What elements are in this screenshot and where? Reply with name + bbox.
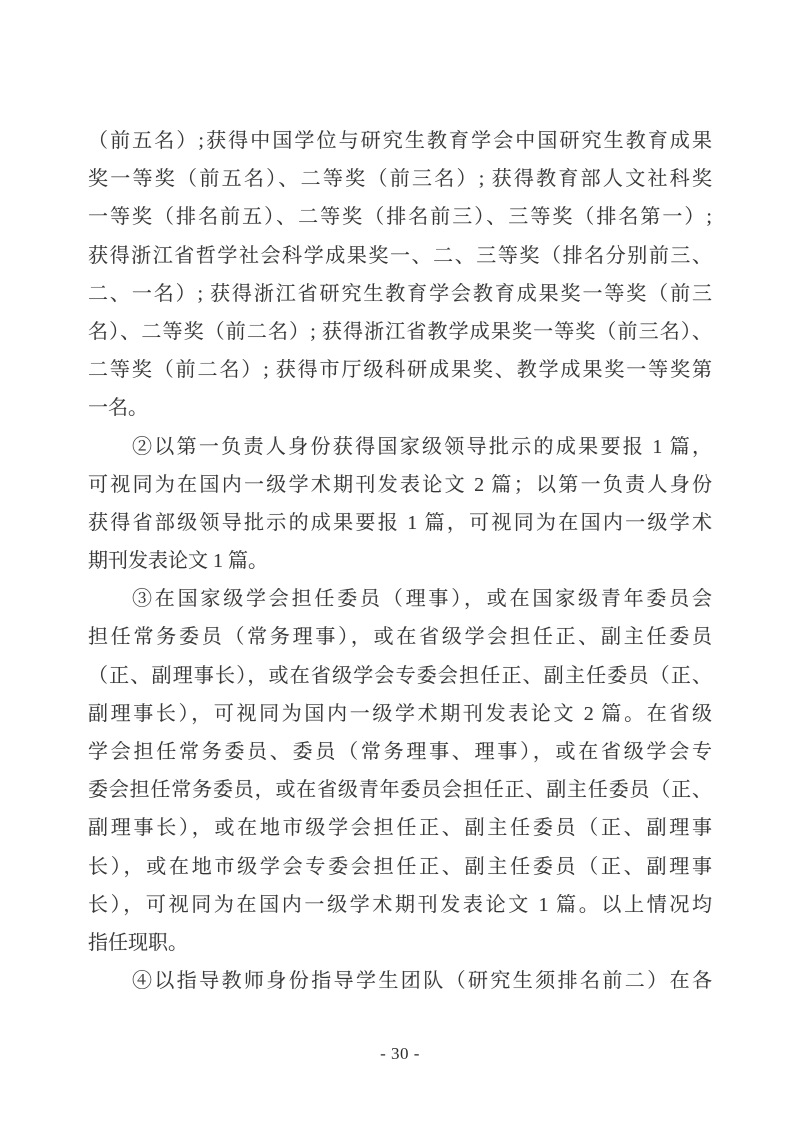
text-line: （正、副理事长），或在省级学会专委会担任正、副主任委员（正、 xyxy=(88,657,712,695)
text-line: 副理事长），可视同为国内一级学术期刊发表论文 2 篇。在省级 xyxy=(88,695,712,733)
text-line: 二、一名）; 获得浙江省研究生教育学会教育成果奖一等奖（前三 xyxy=(88,275,712,313)
text-line: 副理事长），或在地市级学会担任正、副主任委员（正、副理事 xyxy=(88,809,712,847)
text-line: 二等奖（前二名）; 获得市厅级科研成果奖、教学成果奖一等奖第 xyxy=(88,351,712,389)
page-text: （前五名）;获得中国学位与研究生教育学会中国研究生教育成果奖一等奖（前五名）、二… xyxy=(88,122,712,1000)
text-line: 期刊发表论文 1 篇。 xyxy=(88,542,712,580)
document-page: （前五名）;获得中国学位与研究生教育学会中国研究生教育成果奖一等奖（前五名）、二… xyxy=(0,0,800,1131)
text-line: 担任常务委员（常务理事），或在省级学会担任正、副主任委员 xyxy=(88,618,712,656)
text-line: 指任现职。 xyxy=(88,924,712,962)
paragraph: （前五名）;获得中国学位与研究生教育学会中国研究生教育成果奖一等奖（前五名）、二… xyxy=(88,122,712,428)
text-line: ②以第一负责人身份获得国家级领导批示的成果要报 1 篇， xyxy=(88,428,712,466)
text-line: 长），或在地市级学会专委会担任正、副主任委员（正、副理事 xyxy=(88,848,712,886)
text-line: 奖一等奖（前五名）、二等奖（前三名）; 获得教育部人文社科奖 xyxy=(88,160,712,198)
paragraph: ③在国家级学会担任委员（理事），或在国家级青年委员会担任常务委员（常务理事），或… xyxy=(88,580,712,962)
text-line: 学会担任常务委员、委员（常务理事、理事），或在省级学会专 xyxy=(88,733,712,771)
text-line: 委会担任常务委员，或在省级青年委员会担任正、副主任委员（正、 xyxy=(88,771,712,809)
text-line: ③在国家级学会担任委员（理事），或在国家级青年委员会 xyxy=(88,580,712,618)
text-line: 可视同为在国内一级学术期刊发表论文 2 篇；以第一负责人身份 xyxy=(88,466,712,504)
text-line: 获得浙江省哲学社会科学成果奖一、二、三等奖（排名分别前三、 xyxy=(88,237,712,275)
text-line: （前五名）;获得中国学位与研究生教育学会中国研究生教育成果 xyxy=(88,122,712,160)
text-line: 一名。 xyxy=(88,389,712,427)
text-line: 获得省部级领导批示的成果要报 1 篇，可视同为在国内一级学术 xyxy=(88,504,712,542)
text-line: 长），可视同为在国内一级学术期刊发表论文 1 篇。以上情况均 xyxy=(88,886,712,924)
paragraph: ④以指导教师身份指导学生团队（研究生须排名前二）在各 xyxy=(88,962,712,1000)
page-number: - 30 - xyxy=(0,1042,800,1066)
text-line: 名）、二等奖（前二名）; 获得浙江省教学成果奖一等奖（前三名）、 xyxy=(88,313,712,351)
paragraph: ②以第一负责人身份获得国家级领导批示的成果要报 1 篇，可视同为在国内一级学术期… xyxy=(88,428,712,581)
text-line: ④以指导教师身份指导学生团队（研究生须排名前二）在各 xyxy=(88,962,712,1000)
text-line: 一等奖（排名前五）、二等奖（排名前三）、三等奖（排名第一）; xyxy=(88,198,712,236)
